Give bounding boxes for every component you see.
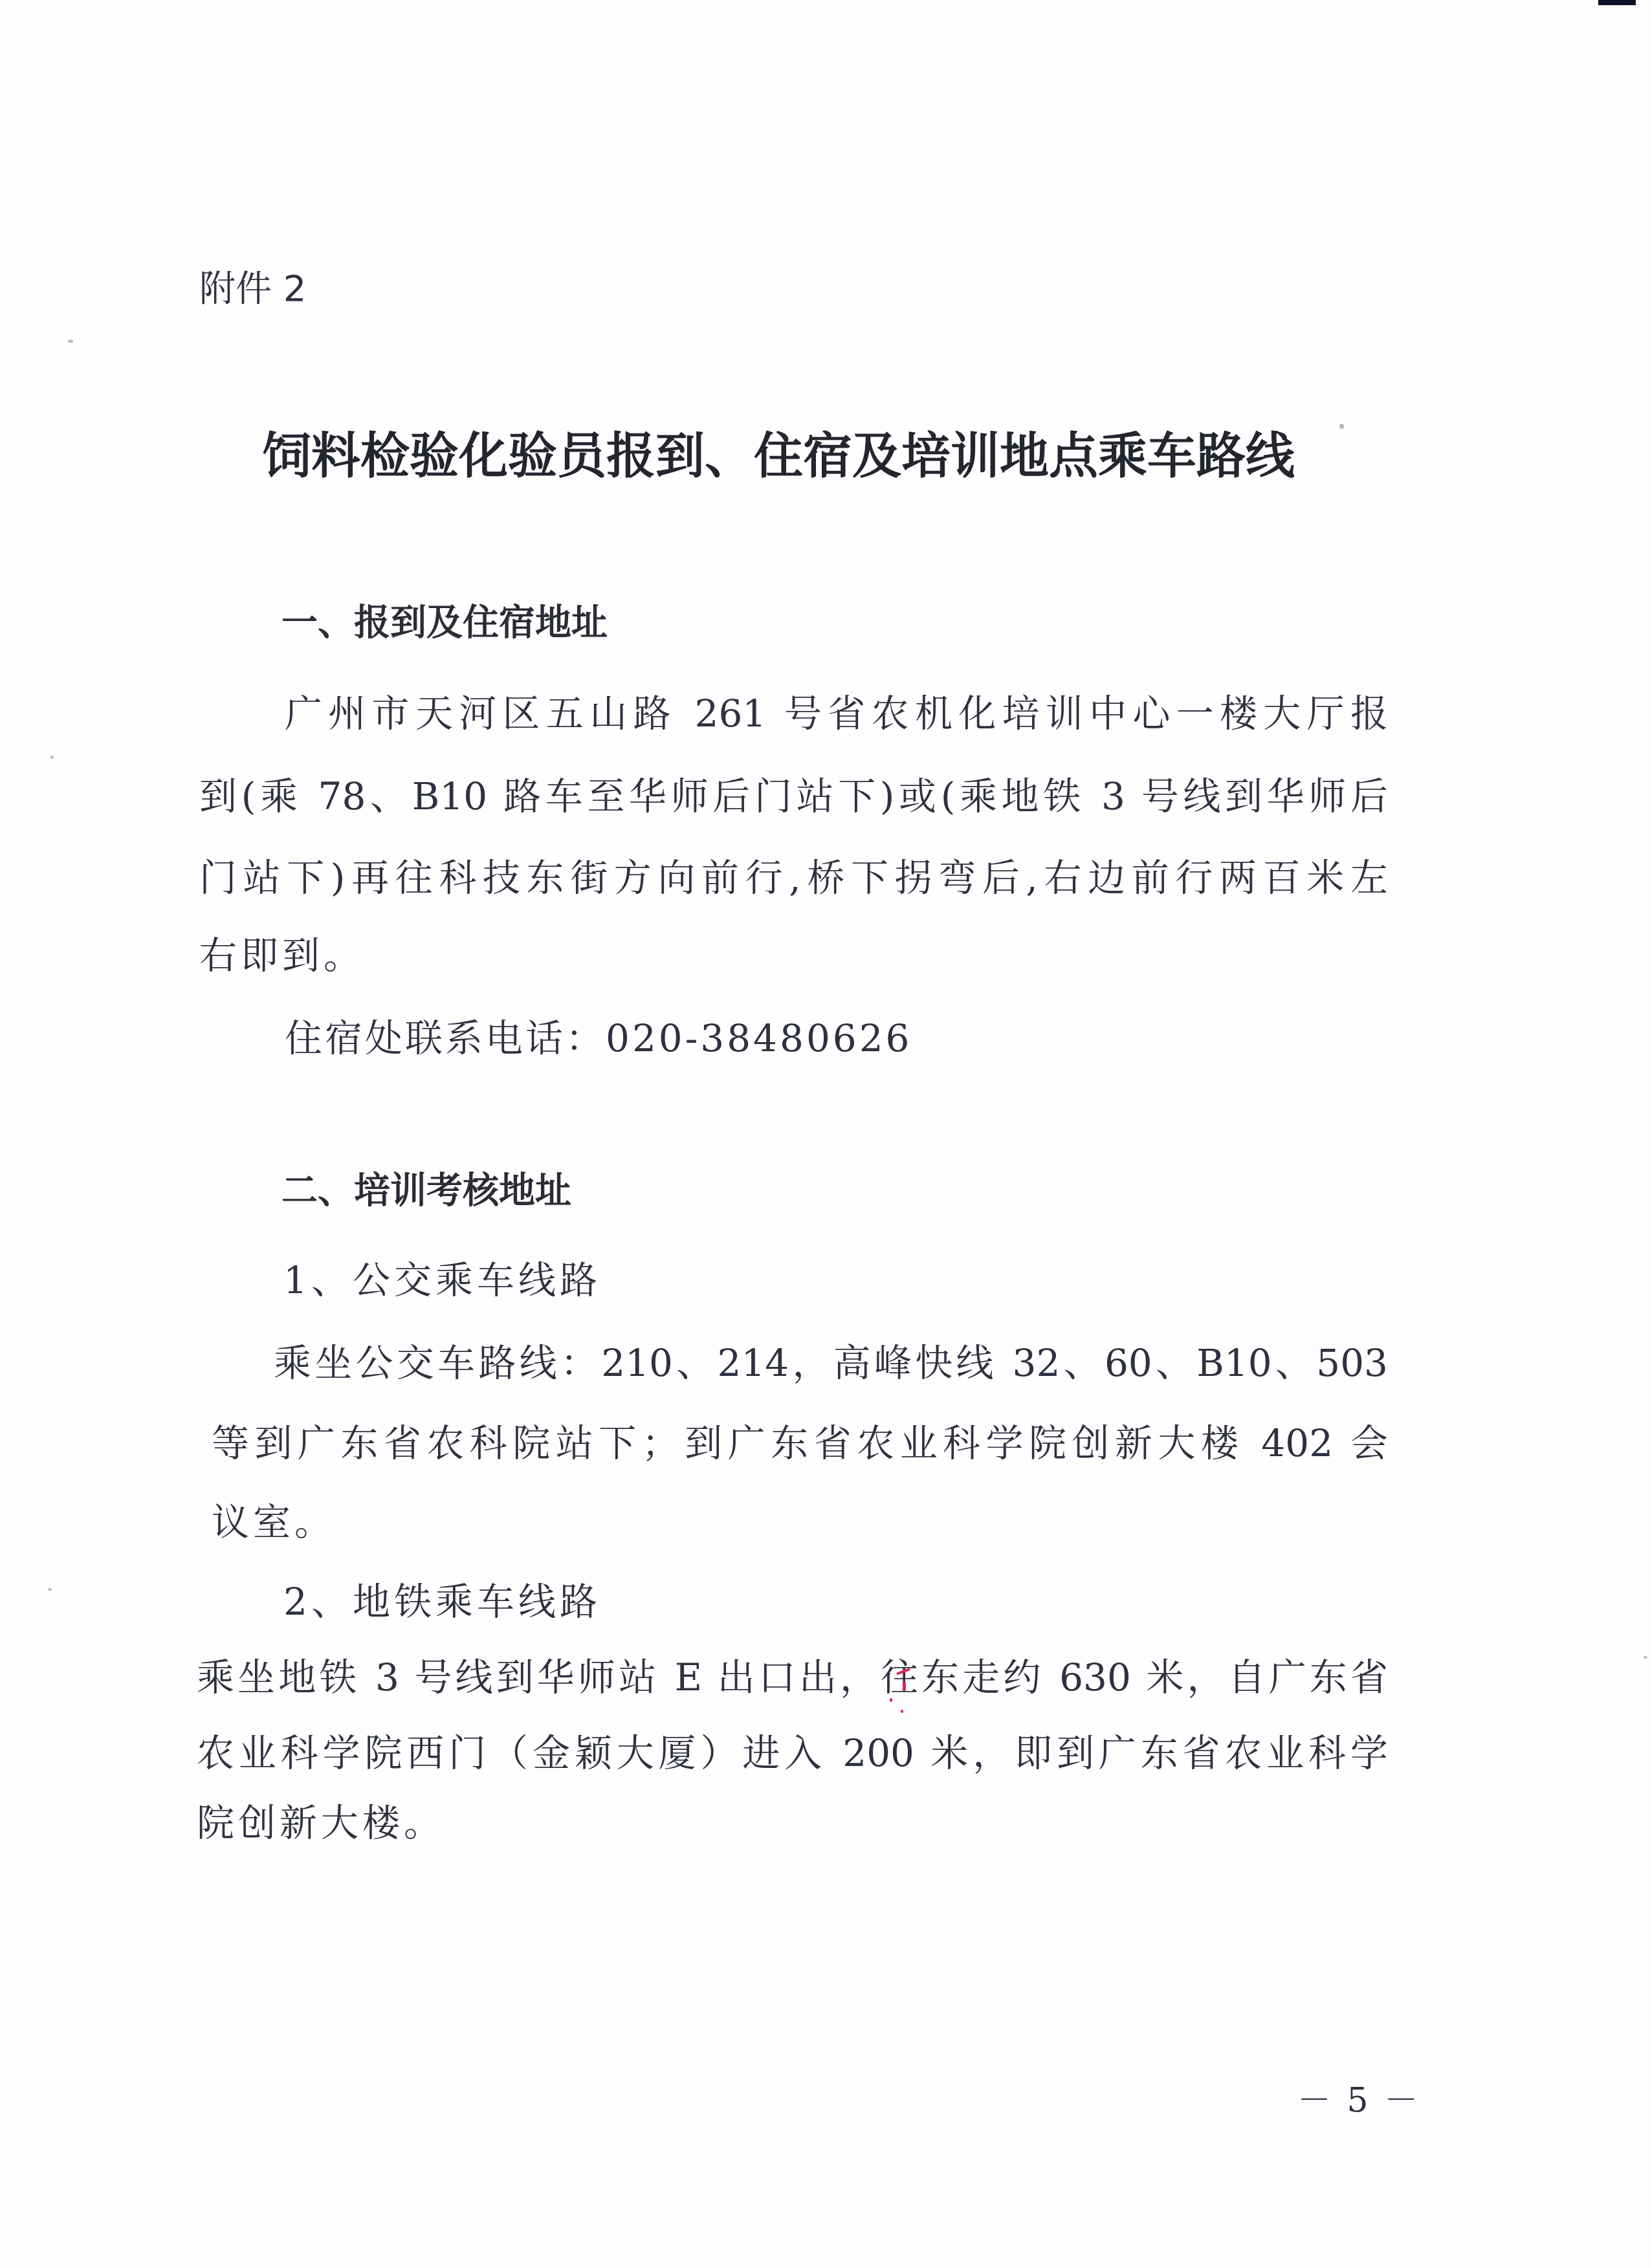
section-heading-1: 一、报到及住宿地址	[281, 600, 597, 646]
red-ink-mark	[903, 1682, 906, 1691]
paragraph-line: 乘坐地铁 3 号线到华师站 E 出口出，往东走约 630 米，自广东省	[197, 1655, 1388, 1700]
page-number: － 5 －	[1297, 2078, 1420, 2123]
document-page: 附件 2 饲料检验化验员报到、住宿及培训地点乘车路线 一、报到及住宿地址 广州市…	[0, 0, 1650, 2268]
scan-speck	[48, 1588, 52, 1591]
red-ink-mark	[901, 1710, 903, 1713]
scan-edge-mark	[1598, 0, 1636, 5]
subsection-heading-subway: 2、地铁乘车线路	[283, 1579, 601, 1624]
subsection-heading-bus: 1、公交乘车线路	[283, 1258, 601, 1303]
scan-speck	[68, 340, 73, 343]
paragraph-line: 广州市天河区五山路 261 号省农机化培训中心一楼大厅报	[285, 691, 1388, 736]
paragraph-line: 乘坐公交车路线：210、214，高峰快线 32、60、B10、503	[274, 1340, 1388, 1386]
attachment-label: 附件 2	[199, 267, 306, 312]
paragraph-line: 农业科学院西门（金颖大厦）进入 200 米，即到广东省农业科学	[197, 1730, 1388, 1776]
red-ink-mark	[890, 1698, 892, 1702]
scan-speck	[1339, 424, 1344, 429]
paragraph-line: 右即到。	[199, 933, 365, 978]
paragraph-line: 院创新大楼。	[197, 1800, 445, 1846]
paragraph-line: 议室。	[212, 1499, 336, 1545]
section-heading-2: 二、培训考核地址	[281, 1168, 597, 1214]
paragraph-line: 等到广东省农科院站下；到广东省农业科学院创新大楼 402 会	[212, 1421, 1388, 1466]
paragraph-line: 到(乘 78、B10 路车至华师后门站下)或(乘地铁 3 号线到华师后	[199, 774, 1388, 819]
document-title: 饲料检验化验员报到、住宿及培训地点乘车路线	[262, 427, 1288, 485]
scan-speck	[1644, 1656, 1647, 1659]
paragraph-line: 门站下)再往科技东街方向前行,桥下拐弯后,右边前行两百米左	[199, 855, 1388, 900]
contact-phone: 住宿处联系电话：020-38480626	[285, 1016, 912, 1061]
scan-speck	[50, 756, 54, 759]
